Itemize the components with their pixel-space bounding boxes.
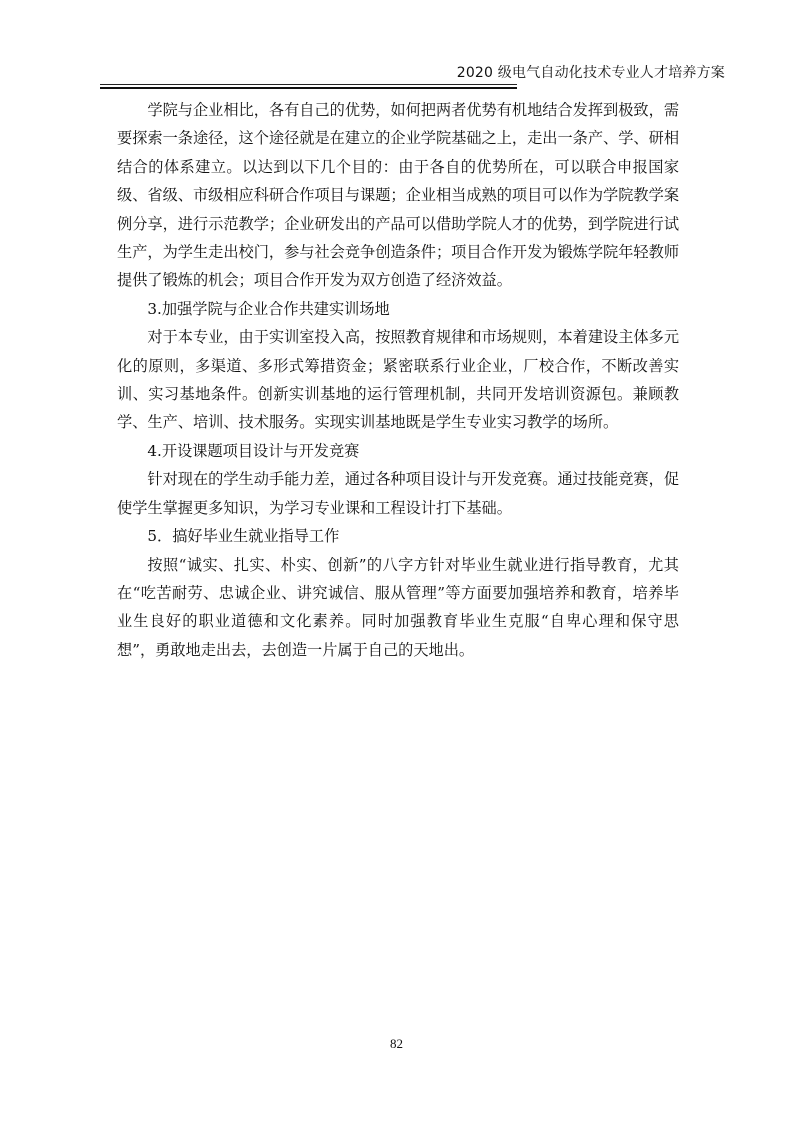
header-rule	[100, 84, 517, 89]
section-heading: 3.加强学院与企业合作共建实训场地	[117, 295, 679, 323]
page-number: 82	[0, 1036, 793, 1052]
body-paragraph: 学院与企业相比，各有自己的优势，如何把两者优势有机地结合发挥到极致，需要探索一条…	[117, 96, 679, 295]
body-paragraph: 按照“诚实、扎实、朴实、创新”的八字方针对毕业生就业进行指导教育，尤其在“吃苦耐…	[117, 551, 679, 665]
document-page: 2020 级电气自动化技术专业人才培养方案 学院与企业相比，各有自己的优势，如何…	[0, 0, 793, 1122]
section-heading: 5．搞好毕业生就业指导工作	[117, 522, 679, 550]
body-paragraph: 针对现在的学生动手能力差，通过各种项目设计与开发竞赛。通过技能竞赛，促使学生掌握…	[117, 465, 679, 522]
body-paragraph: 对于本专业，由于实训室投入高，按照教育规律和市场规则，本着建设主体多元化的原则，…	[117, 323, 679, 437]
page-body: 学院与企业相比，各有自己的优势，如何把两者优势有机地结合发挥到极致，需要探索一条…	[117, 96, 679, 664]
section-heading: 4.开设课题项目设计与开发竞赛	[117, 437, 679, 465]
running-header-title: 2020 级电气自动化技术专业人才培养方案	[457, 62, 725, 82]
